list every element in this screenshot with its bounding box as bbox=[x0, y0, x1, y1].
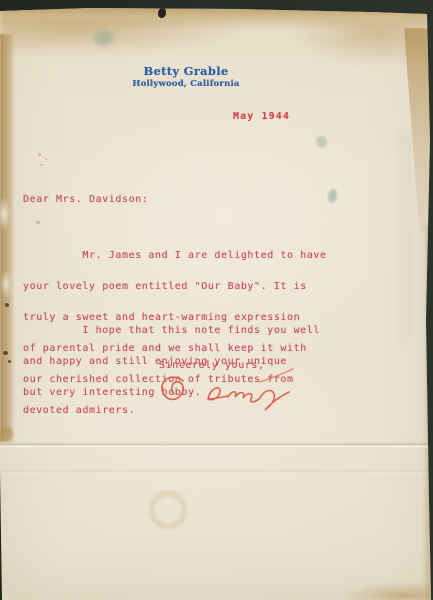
teal-smudge bbox=[94, 31, 113, 46]
body-line: your lovely poem entitled "Our Baby". It… bbox=[23, 282, 327, 292]
ink-speck bbox=[40, 164, 43, 166]
letterhead: Betty Grable Hollywood, California bbox=[128, 64, 244, 89]
salutation: Dear Mrs. Davidson: bbox=[23, 195, 148, 205]
teal-smudge bbox=[316, 136, 327, 147]
teal-smudge bbox=[328, 189, 337, 203]
ink-speck bbox=[36, 221, 40, 224]
stain-left-edge bbox=[0, 34, 15, 442]
ring-stain bbox=[147, 489, 189, 531]
stain-right-edge bbox=[423, 225, 430, 600]
stain-top-left bbox=[0, 18, 240, 56]
letterhead-location: Hollywood, California bbox=[128, 79, 244, 89]
body-line: Mr. James and I are delighted to have bbox=[23, 251, 327, 261]
stain-bottom-right bbox=[345, 583, 433, 600]
fold-crease-faint bbox=[0, 469, 433, 474]
signature-strokes bbox=[148, 366, 298, 424]
ink-speck bbox=[45, 158, 47, 160]
signature-autograph bbox=[148, 366, 298, 424]
dirt-speck bbox=[3, 351, 8, 355]
vertical-crease bbox=[397, 128, 412, 343]
fold-crease bbox=[0, 442, 433, 448]
ink-speck bbox=[38, 153, 41, 156]
body-line: I hope that this note finds you well bbox=[23, 326, 320, 336]
letter-paper: Betty Grable Hollywood, California May 1… bbox=[0, 0, 433, 600]
stain-bottom-left bbox=[0, 427, 13, 440]
letterhead-name: Betty Grable bbox=[128, 64, 244, 78]
ink-blot bbox=[168, 3, 172, 7]
dirt-speck bbox=[8, 360, 11, 363]
date-line: May 1944 bbox=[233, 112, 290, 122]
dirt-speck bbox=[5, 303, 9, 307]
letter-photograph: Betty Grable Hollywood, California May 1… bbox=[0, 0, 433, 600]
